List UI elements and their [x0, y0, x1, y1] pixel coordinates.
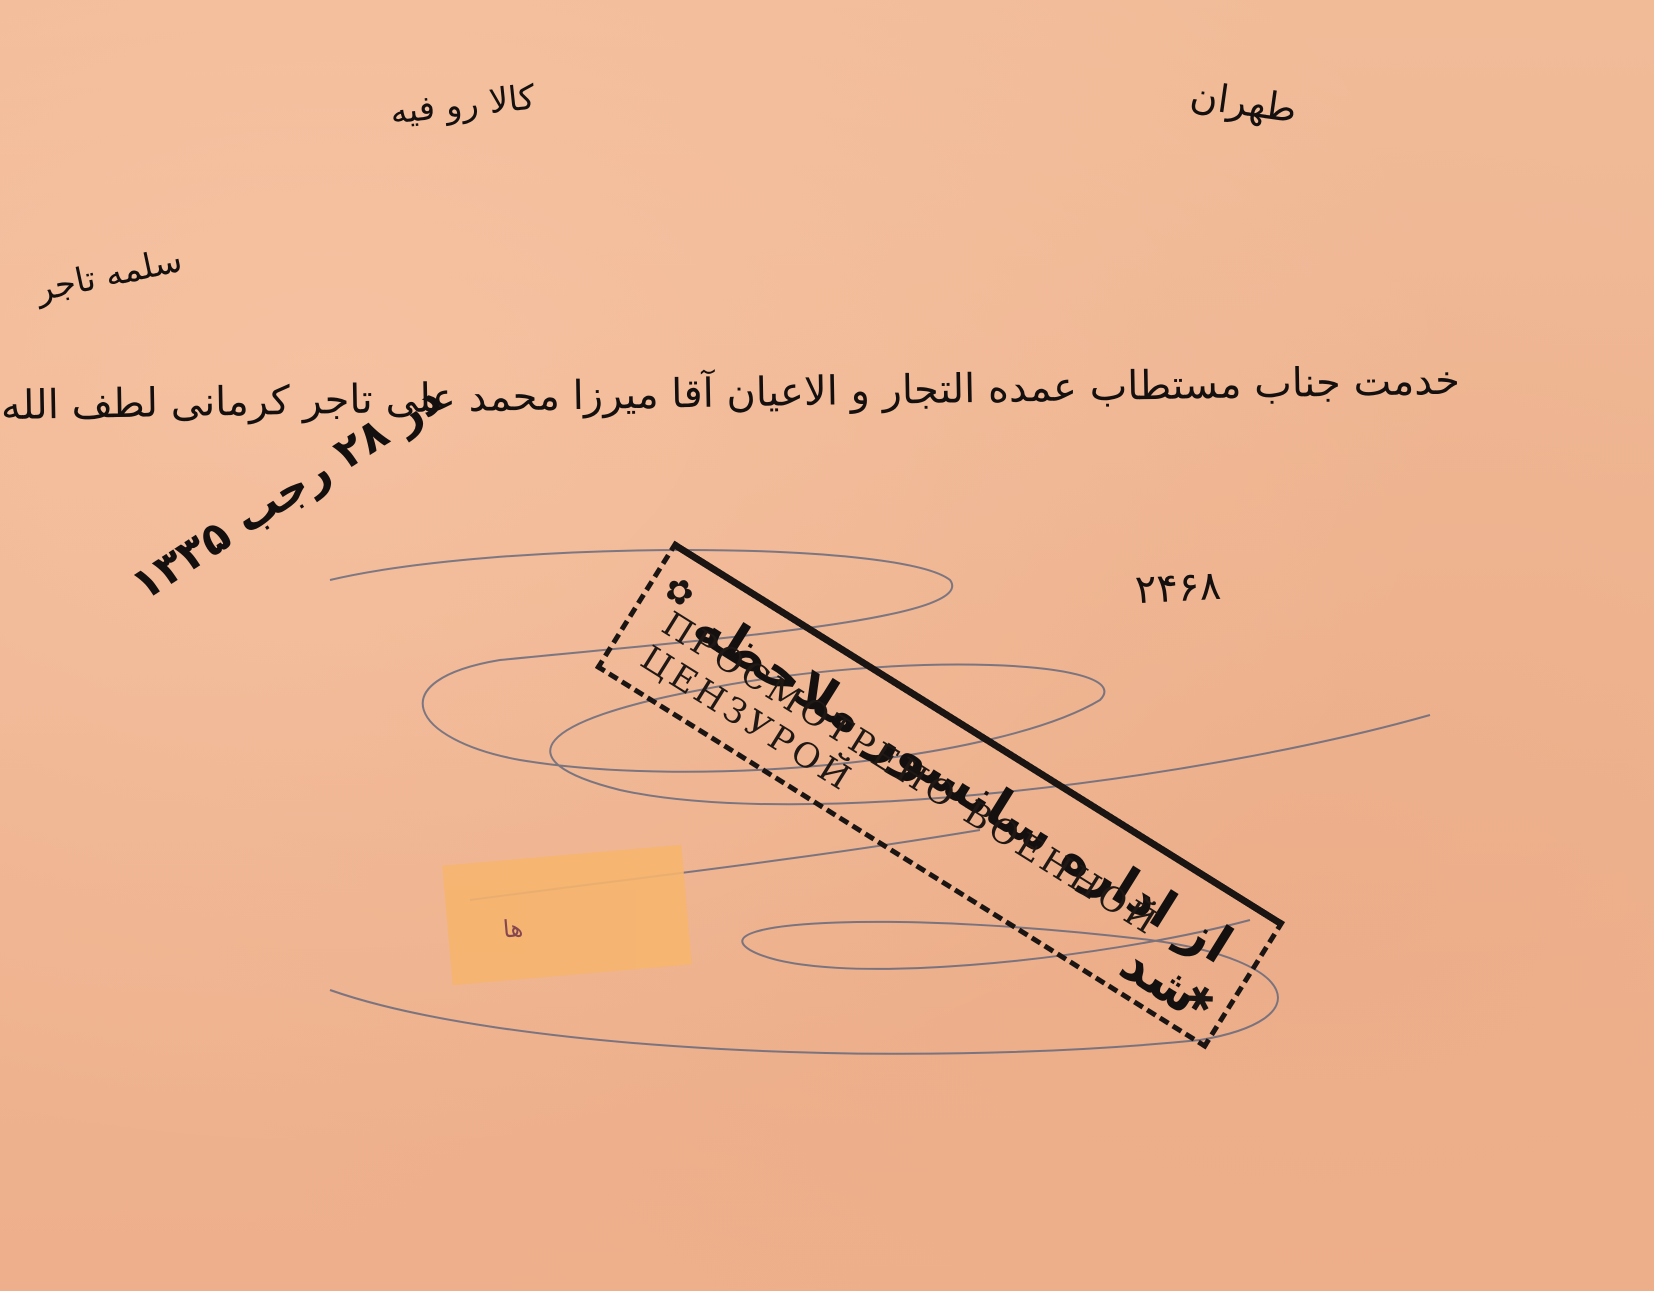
stamp-russian-text: ПРОСМОТРЕНО ВОЕННОЙ ЦЕНЗУРОЙ — [634, 604, 1253, 1032]
handwritten-address-continuation: سلمه تاجر — [32, 240, 185, 310]
censor-stamp: ✿ از اداره سانسور ملاحظه شد ПРОСМОТРЕНО … — [595, 541, 1285, 1050]
handwritten-city: طهران — [1187, 73, 1299, 131]
handwritten-note-top-left: کالا رو فیه — [388, 78, 537, 133]
handwritten-number: ۲۴۶۸ — [1134, 563, 1222, 613]
tape-mark: ها — [502, 914, 524, 944]
handwritten-address-line: خدمت جناب مستطاب عمده التجار و الاعیان آ… — [40, 358, 1461, 429]
envelope: کالا رو فیه طهران سلمه تاجر خدمت جناب مس… — [0, 0, 1654, 1291]
tape-patch: ها — [442, 845, 692, 985]
